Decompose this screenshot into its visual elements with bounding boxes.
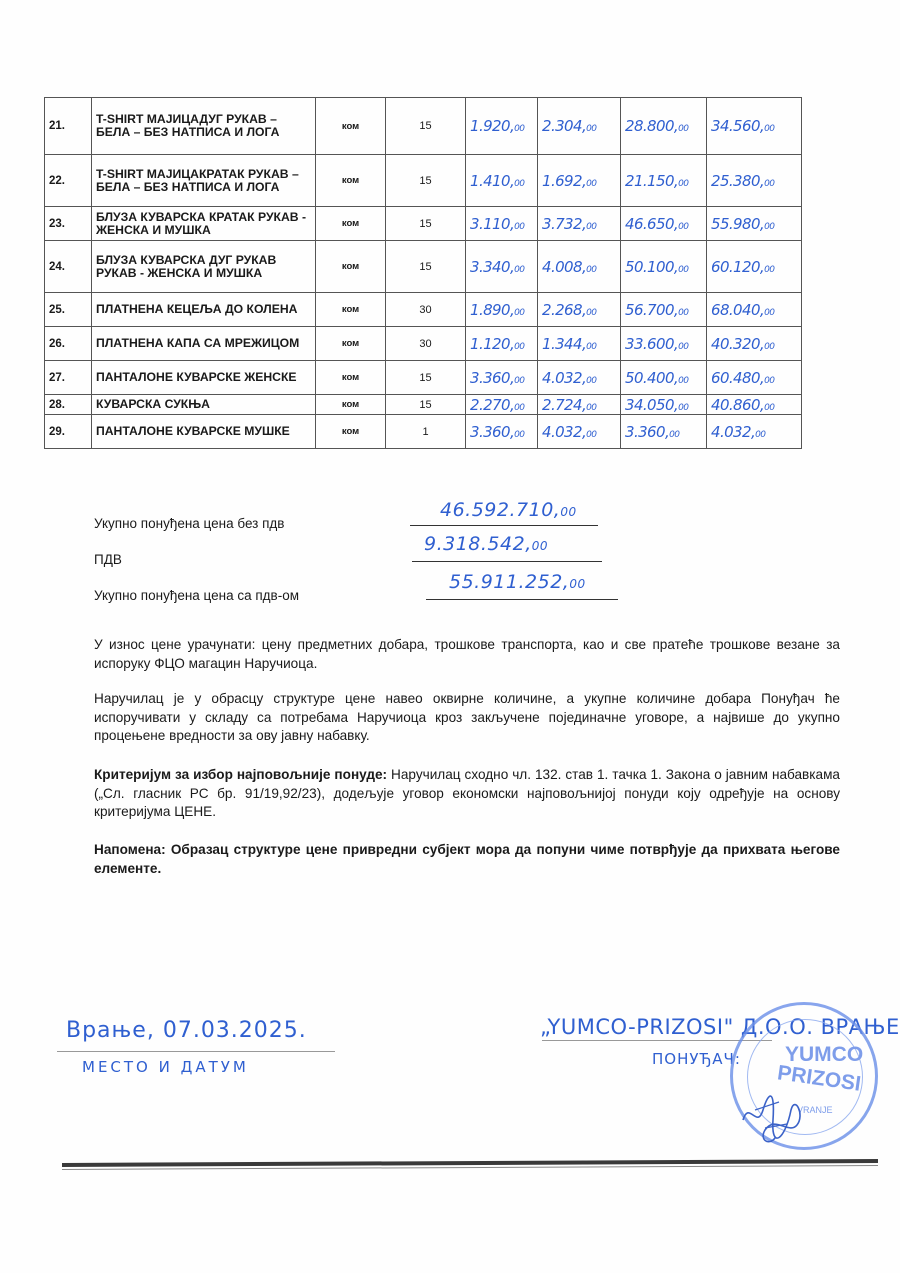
table-row: 27.ПАНТАЛОНЕ КУВАРСКЕ ЖЕНСКЕком153.360,0… (45, 361, 802, 395)
unit-price-with-vat: 4.032,00 (538, 361, 621, 395)
price-table: 21.T-SHIRT МАЈИЦАДУГ РУКАВ – БЕЛА – БЕЗ … (44, 97, 802, 449)
unit-price: 2.270,00 (466, 395, 538, 415)
total-price-with-vat: 34.560,00 (707, 98, 802, 155)
unit-of-measure: ком (316, 241, 386, 293)
unit-price: 3.340,00 (466, 241, 538, 293)
unit-price-with-vat: 4.032,00 (538, 415, 621, 449)
table-row: 23.БЛУЗА КУВАРСКА КРАТАК РУКАВ - ЖЕНСКА … (45, 207, 802, 241)
unit-price: 1.890,00 (466, 293, 538, 327)
place-date-handwritten: Врање, 07.03.2025. (66, 1018, 307, 1043)
unit-price-with-vat: 2.724,00 (538, 395, 621, 415)
row-number: 23. (45, 207, 92, 241)
total-price-with-vat: 55.980,00 (707, 207, 802, 241)
vat-line (412, 561, 602, 562)
paragraph-price-includes: У износ цене урачунати: цену предметних … (94, 636, 840, 673)
unit-of-measure: ком (316, 395, 386, 415)
unit-price-with-vat: 1.344,00 (538, 327, 621, 361)
item-name: T-SHIRT МАЈИЦАДУГ РУКАВ – БЕЛА – БЕЗ НАТ… (92, 98, 316, 155)
total-price: 28.800,00 (621, 98, 707, 155)
quantity: 15 (386, 241, 466, 293)
item-name: КУВАРСКА СУКЊА (92, 395, 316, 415)
quantity: 15 (386, 155, 466, 207)
place-date-label: МЕСТО И ДАТУМ (82, 1058, 249, 1076)
vat-value: 9.318.542,00 (424, 533, 548, 555)
row-number: 27. (45, 361, 92, 395)
item-name: БЛУЗА КУВАРСКА ДУГ РУКАВ РУКАВ - ЖЕНСКА … (92, 241, 316, 293)
paragraph-quantities: Наручилац је у обрасцу структуре цене на… (94, 690, 840, 746)
total-price: 21.150,00 (621, 155, 707, 207)
total-price-with-vat: 40.320,00 (707, 327, 802, 361)
row-number: 21. (45, 98, 92, 155)
unit-of-measure: ком (316, 207, 386, 241)
item-name: ПАНТАЛОНЕ КУВАРСКЕ МУШКЕ (92, 415, 316, 449)
table-row: 28.КУВАРСКА СУКЊАком152.270,002.724,0034… (45, 395, 802, 415)
row-number: 24. (45, 241, 92, 293)
total-price: 3.360,00 (621, 415, 707, 449)
total-price-with-vat: 40.860,00 (707, 395, 802, 415)
vat-label: ПДВ (94, 552, 122, 567)
paragraph-note: Напомена: Образац структуре цене привред… (94, 841, 840, 878)
total-price: 33.600,00 (621, 327, 707, 361)
place-date-line (57, 1051, 335, 1052)
table-row: 24.БЛУЗА КУВАРСКА ДУГ РУКАВ РУКАВ - ЖЕНС… (45, 241, 802, 293)
row-number: 22. (45, 155, 92, 207)
unit-price: 3.360,00 (466, 415, 538, 449)
total-price-with-vat: 60.120,00 (707, 241, 802, 293)
total-without-vat-label: Укупно понуђена цена без пдв (94, 516, 284, 531)
unit-price: 3.360,00 (466, 361, 538, 395)
quantity: 1 (386, 415, 466, 449)
total-price: 46.650,00 (621, 207, 707, 241)
table-row: 26.ПЛАТНЕНА КАПА СА МРЕЖИЦОМком301.120,0… (45, 327, 802, 361)
quantity: 30 (386, 327, 466, 361)
price-structure-page: 21.T-SHIRT МАЈИЦАДУГ РУКАВ – БЕЛА – БЕЗ … (0, 0, 900, 1273)
row-number: 28. (45, 395, 92, 415)
quantity: 15 (386, 98, 466, 155)
unit-price: 1.920,00 (466, 98, 538, 155)
unit-price: 3.110,00 (466, 207, 538, 241)
total-with-vat-value: 55.911.252,00 (449, 571, 586, 593)
row-number: 26. (45, 327, 92, 361)
row-number: 25. (45, 293, 92, 327)
item-name: ПЛАТНЕНА КЕЦЕЉА ДО КОЛЕНА (92, 293, 316, 327)
total-price-with-vat: 25.380,00 (707, 155, 802, 207)
unit-price-with-vat: 4.008,00 (538, 241, 621, 293)
total-with-vat-line (426, 599, 618, 600)
unit-price: 1.120,00 (466, 327, 538, 361)
paragraph-criterion: Критеријум за избор најповољније понуде:… (94, 766, 840, 822)
table-row: 25.ПЛАТНЕНА КЕЦЕЉА ДО КОЛЕНАком301.890,0… (45, 293, 802, 327)
criterion-heading: Критеријум за избор најповољније понуде: (94, 767, 387, 782)
total-price-with-vat: 4.032,00 (707, 415, 802, 449)
total-without-vat-value: 46.592.710,00 (440, 499, 577, 521)
item-name: ПЛАТНЕНА КАПА СА МРЕЖИЦОМ (92, 327, 316, 361)
unit-price-with-vat: 2.304,00 (538, 98, 621, 155)
total-price-with-vat: 60.480,00 (707, 361, 802, 395)
quantity: 15 (386, 361, 466, 395)
total-without-vat-line (410, 525, 598, 526)
row-number: 29. (45, 415, 92, 449)
signature-scribble (735, 1080, 815, 1150)
total-with-vat-label: Укупно понуђена цена са пдв-ом (94, 588, 299, 603)
total-price: 56.700,00 (621, 293, 707, 327)
unit-price-with-vat: 2.268,00 (538, 293, 621, 327)
unit-price-with-vat: 3.732,00 (538, 207, 621, 241)
table-row: 21.T-SHIRT МАЈИЦАДУГ РУКАВ – БЕЛА – БЕЗ … (45, 98, 802, 155)
total-price: 50.100,00 (621, 241, 707, 293)
total-price: 34.050,00 (621, 395, 707, 415)
bidder-label: ПОНУЂАЧ: (652, 1050, 741, 1068)
total-without-vat-row: Укупно понуђена цена без пдв 46.592.710,… (94, 505, 634, 531)
quantity: 15 (386, 395, 466, 415)
quantity: 15 (386, 207, 466, 241)
item-name: ПАНТАЛОНЕ КУВАРСКЕ ЖЕНСКЕ (92, 361, 316, 395)
quantity: 30 (386, 293, 466, 327)
unit-of-measure: ком (316, 415, 386, 449)
unit-of-measure: ком (316, 155, 386, 207)
unit-of-measure: ком (316, 98, 386, 155)
vat-row: ПДВ 9.318.542,00 (94, 541, 634, 567)
total-with-vat-row: Укупно понуђена цена са пдв-ом 55.911.25… (94, 577, 634, 603)
item-name: T-SHIRT МАЈИЦАКРАТАК РУКАВ – БЕЛА – БЕЗ … (92, 155, 316, 207)
unit-of-measure: ком (316, 293, 386, 327)
unit-price: 1.410,00 (466, 155, 538, 207)
table-row: 29.ПАНТАЛОНЕ КУВАРСКЕ МУШКЕком13.360,004… (45, 415, 802, 449)
total-price: 50.400,00 (621, 361, 707, 395)
unit-of-measure: ком (316, 361, 386, 395)
item-name: БЛУЗА КУВАРСКА КРАТАК РУКАВ - ЖЕНСКА И М… (92, 207, 316, 241)
table-row: 22.T-SHIRT МАЈИЦАКРАТАК РУКАВ – БЕЛА – Б… (45, 155, 802, 207)
unit-price-with-vat: 1.692,00 (538, 155, 621, 207)
total-price-with-vat: 68.040,00 (707, 293, 802, 327)
unit-of-measure: ком (316, 327, 386, 361)
